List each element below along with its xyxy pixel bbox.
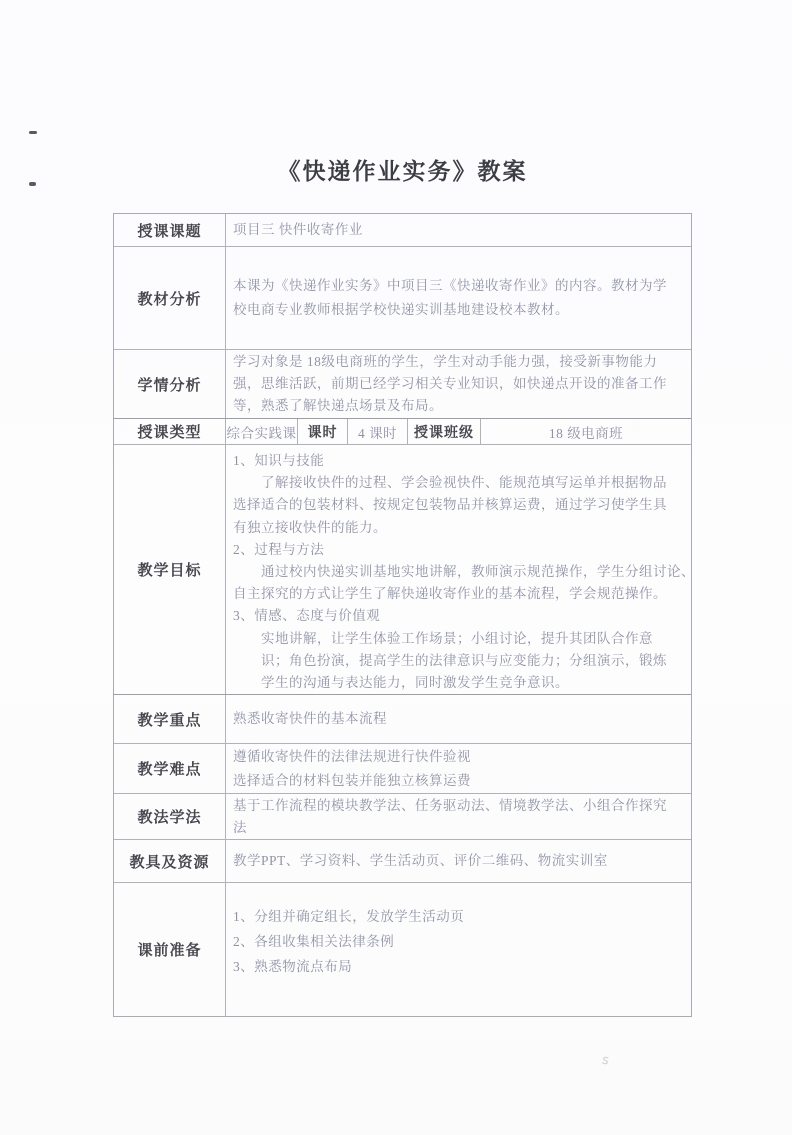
- teaching-resources-text: 教学PPT、学习资料、学生活动页、评价二维码、物流实训室: [233, 850, 689, 872]
- teaching-objectives-text: 1、知识与技能 了解接收快件的过程、学会验视快件、能规范填写运单并根据物品 选择…: [233, 450, 689, 694]
- row-content-key-points: 熟悉收寄快件的基本流程: [226, 695, 691, 743]
- row-label-difficulties: 教学难点: [114, 744, 226, 793]
- row-label-teaching-resources: 教具及资源: [114, 840, 226, 882]
- material-analysis-text: 本课为《快递作业实务》中项目三《快递收寄作业》的内容。教材为学 校电商专业教师根…: [233, 274, 689, 322]
- class-hours-value: 4 课时: [348, 419, 408, 444]
- row-label-topic: 授课课题: [114, 214, 226, 246]
- table-row-material-analysis: 教材分析 本课为《快递作业实务》中项目三《快递收寄作业》的内容。教材为学 校电商…: [114, 246, 691, 349]
- table-row-teaching-methods: 教法学法 基于工作流程的模块教学法、任务驱动法、情境教学法、小组合作探究 法: [114, 793, 691, 839]
- table-row-teaching-resources: 教具及资源 教学PPT、学习资料、学生活动页、评价二维码、物流实训室: [114, 839, 691, 882]
- class-hours-label: 课时: [298, 419, 348, 444]
- teaching-class-value: 18 级电商班: [481, 419, 691, 444]
- row-content-material-analysis: 本课为《快递作业实务》中项目三《快递收寄作业》的内容。教材为学 校电商专业教师根…: [226, 247, 691, 349]
- row-label-lesson-type: 授课类型: [114, 419, 226, 444]
- table-row-teaching-objectives: 教学目标 1、知识与技能 了解接收快件的过程、学会验视快件、能规范填写运单并根据…: [114, 444, 691, 694]
- row-label-material-analysis: 教材分析: [114, 247, 226, 349]
- table-row-topic: 授课课题 项目三 快件收寄作业: [114, 214, 691, 246]
- row-content-teaching-methods: 基于工作流程的模块教学法、任务驱动法、情境教学法、小组合作探究 法: [226, 794, 691, 839]
- lesson-type-value: 综合实践课: [226, 419, 298, 444]
- teaching-class-label: 授课班级: [408, 419, 481, 444]
- table-row-key-points: 教学重点 熟悉收寄快件的基本流程: [114, 694, 691, 743]
- pre-class-preparation-text: 1、分组并确定组长，发放学生活动页 2、各组收集相关法律条例 3、熟悉物流点布局: [233, 904, 689, 979]
- row-label-teaching-methods: 教法学法: [114, 794, 226, 839]
- row-content-pre-class-preparation: 1、分组并确定组长，发放学生活动页 2、各组收集相关法律条例 3、熟悉物流点布局: [226, 883, 691, 1016]
- row-content-topic: 项目三 快件收寄作业: [226, 214, 691, 246]
- key-points-text: 熟悉收寄快件的基本流程: [233, 708, 689, 730]
- row-label-key-points: 教学重点: [114, 695, 226, 743]
- row-label-learner-analysis: 学情分析: [114, 350, 226, 418]
- row-label-pre-class-preparation: 课前准备: [114, 883, 226, 1016]
- scan-smudge-mark: s: [601, 1052, 611, 1068]
- topic-text: 项目三 快件收寄作业: [233, 219, 689, 241]
- row-content-learner-analysis: 学习对象是 18级电商班的学生，学生对动手能力强，接受新事物能力 强，思维活跃，…: [226, 350, 691, 418]
- lesson-plan-table: 授课课题 项目三 快件收寄作业 教材分析 本课为《快递作业实务》中项目三《快递收…: [113, 213, 692, 1017]
- row-content-teaching-resources: 教学PPT、学习资料、学生活动页、评价二维码、物流实训室: [226, 840, 691, 882]
- table-row-difficulties: 教学难点 遵循收寄快件的法律法规进行快件验视 选择适合的材料包装并能独立核算运费: [114, 743, 691, 793]
- scan-speck: [29, 182, 36, 186]
- page-title: 《快递作业实务》教案: [113, 153, 692, 186]
- scan-speck: [29, 131, 37, 134]
- table-row-learner-analysis: 学情分析 学习对象是 18级电商班的学生，学生对动手能力强，接受新事物能力 强，…: [114, 349, 691, 418]
- learner-analysis-text: 学习对象是 18级电商班的学生，学生对动手能力强，接受新事物能力 强，思维活跃，…: [233, 351, 689, 417]
- row-content-teaching-objectives: 1、知识与技能 了解接收快件的过程、学会验视快件、能规范填写运单并根据物品 选择…: [226, 445, 691, 694]
- scanned-lesson-plan-page: 《快递作业实务》教案 授课课题 项目三 快件收寄作业 教材分析 本课为《快递作业…: [0, 0, 792, 1135]
- table-row-lesson-type: 授课类型 综合实践课 课时 4 课时 授课班级 18 级电商班: [114, 418, 691, 444]
- row-label-teaching-objectives: 教学目标: [114, 445, 226, 694]
- row-content-difficulties: 遵循收寄快件的法律法规进行快件验视 选择适合的材料包装并能独立核算运费: [226, 744, 691, 793]
- difficulties-text: 遵循收寄快件的法律法规进行快件验视 选择适合的材料包装并能独立核算运费: [233, 745, 689, 793]
- teaching-methods-text: 基于工作流程的模块教学法、任务驱动法、情境教学法、小组合作探究 法: [233, 795, 689, 839]
- table-row-pre-class-preparation: 课前准备 1、分组并确定组长，发放学生活动页 2、各组收集相关法律条例 3、熟悉…: [114, 882, 691, 1016]
